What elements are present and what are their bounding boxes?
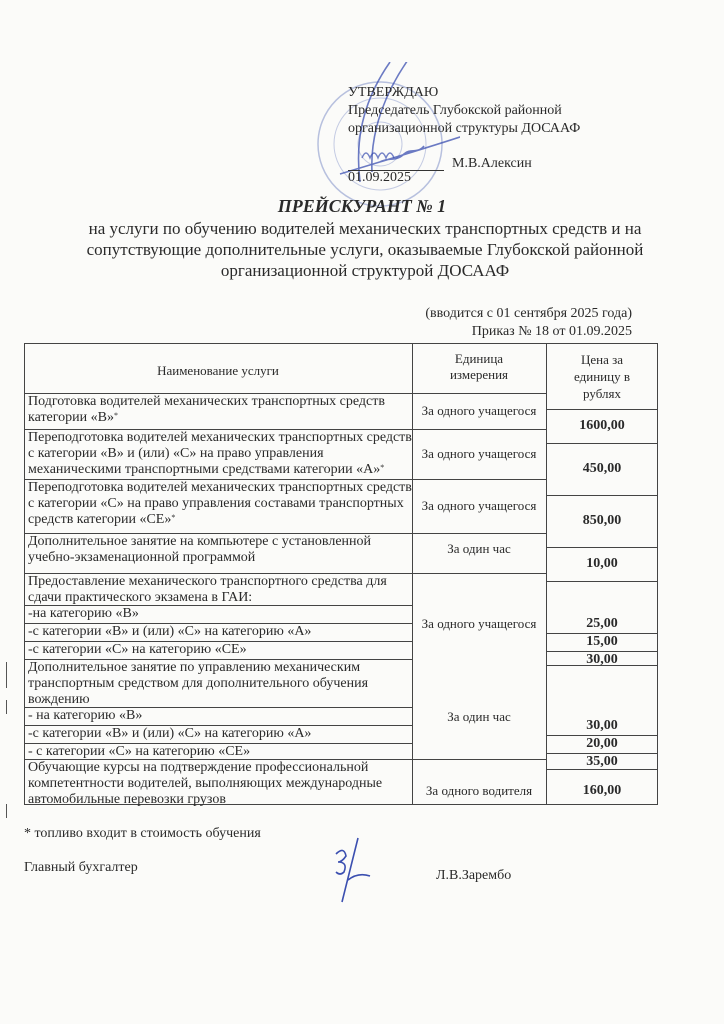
table-rule (546, 665, 658, 666)
group-item-price: 15,00 (546, 634, 658, 650)
table-rule (546, 547, 658, 548)
approval-signatory: М.В.Алексин (452, 156, 532, 172)
service-name: Обучающие курсы на подтверждение професс… (24, 760, 412, 808)
effective-date: (вводится с 01 сентября 2025 года) (425, 305, 632, 323)
service-unit: За одного учащегося (412, 446, 546, 462)
group-title: Дополнительное занятие по управлению мех… (24, 660, 412, 708)
document-title: ПРЕЙСКУРАНТ № 1 (0, 196, 724, 217)
group-item-price: 20,00 (546, 736, 658, 752)
group-unit: За одного учащегося (412, 616, 546, 632)
effective-info: (вводится с 01 сентября 2025 года) Прика… (425, 305, 632, 341)
table-rule (24, 605, 412, 606)
group-item-name: -на категорию «В» (24, 606, 412, 622)
document-subtitle: на услуги по обучению водителей механиче… (60, 218, 670, 281)
approval-position-line2: организационной структуры ДОСААФ (348, 120, 580, 138)
service-unit: За одного учащегося (412, 498, 546, 514)
service-price: 1600,00 (546, 418, 658, 434)
service-unit: За один час (412, 541, 546, 557)
header-name: Наименование услуги (24, 363, 412, 379)
service-name: Дополнительное занятие на компьютере с у… (24, 534, 412, 566)
approval-position-line1: Председатель Глубокской районной (348, 102, 580, 120)
approval-block: УТВЕРЖДАЮ Председатель Глубокской районн… (348, 84, 580, 138)
accountant-name: Л.В.Зарембо (436, 868, 511, 884)
group-item-name: - на категорию «В» (24, 708, 412, 724)
table-rule (546, 769, 658, 770)
table-rule (546, 581, 658, 582)
service-price: 10,00 (546, 556, 658, 572)
service-name: Подготовка водителей механических трансп… (24, 394, 412, 426)
table-rule (546, 409, 658, 410)
footnote-marker: * (171, 513, 175, 522)
group-unit: За один час (412, 709, 546, 725)
group-item-name: -с категории «В» и (или) «С» на категори… (24, 624, 412, 640)
header-price: Цена за единицу в рублях (546, 351, 658, 402)
service-unit: За одного водителя (412, 783, 546, 799)
scan-mark (6, 700, 7, 714)
footnote-marker: * (380, 463, 384, 472)
table-rule (546, 443, 658, 444)
table-rule (546, 495, 658, 496)
group-item-price: 30,00 (546, 718, 658, 734)
group-item-name: -с категории «В» и (или) «С» на категори… (24, 726, 412, 742)
service-price: 160,00 (546, 783, 658, 799)
service-name: Переподготовка водителей механических тр… (24, 430, 412, 478)
table-rule (412, 759, 546, 760)
group-item-name: -с категории «С» на категорию «СЕ» (24, 642, 412, 658)
service-name: Переподготовка водителей механических тр… (24, 480, 412, 528)
service-unit: За одного учащегося (412, 403, 546, 419)
group-title: Предоставление механического транспортно… (24, 574, 412, 606)
footnote: * топливо входит в стоимость обучения (24, 826, 261, 842)
service-price: 450,00 (546, 461, 658, 477)
scan-mark (6, 662, 7, 688)
scan-mark (6, 804, 7, 818)
service-price: 850,00 (546, 513, 658, 529)
footnote-marker: * (114, 411, 118, 420)
header-unit: Единица измерения (412, 351, 546, 383)
order-reference: Приказ № 18 от 01.09.2025 (425, 323, 632, 341)
approval-heading: УТВЕРЖДАЮ (348, 84, 580, 102)
approval-date: 01.09.2025 (348, 170, 411, 186)
group-item-name: - с категории «С» на категорию «СЕ» (24, 744, 412, 760)
group-item-price: 35,00 (546, 754, 658, 770)
group-item-price: 25,00 (546, 616, 658, 632)
accountant-signature-icon (328, 836, 378, 906)
accountant-title: Главный бухгалтер (24, 860, 138, 876)
table-rule (24, 707, 412, 708)
